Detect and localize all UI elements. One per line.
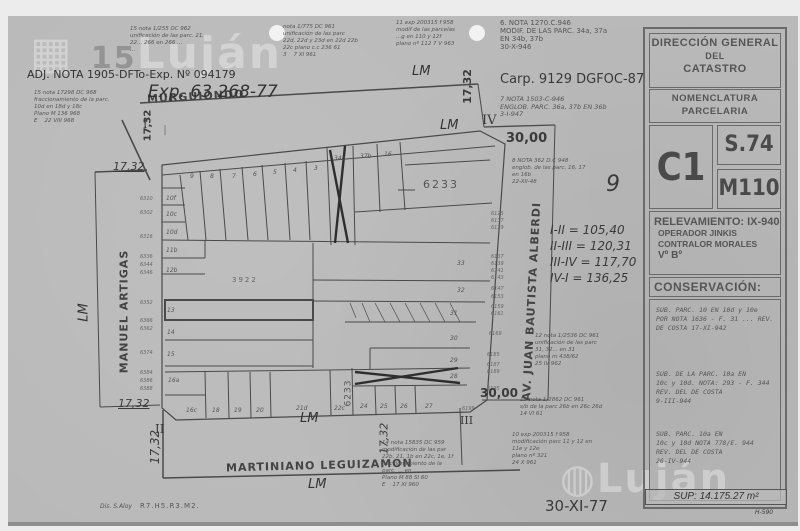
- svg-text:16c: 16c: [186, 407, 198, 414]
- note-bottom-2: 10 exp 200315 f 958 modificación parc 11…: [512, 432, 592, 467]
- lm-west: LM: [77, 303, 92, 321]
- svg-text:15: 15: [167, 351, 175, 358]
- svg-text:6139: 6139: [491, 225, 504, 231]
- svg-text:16a: 16a: [168, 377, 180, 384]
- svg-text:24: 24: [360, 403, 368, 410]
- svg-text:6362: 6362: [140, 326, 153, 332]
- corner-IV: IV: [482, 113, 497, 128]
- note-bottom-3: 12 nota 1/2536 DC 961 unificación de las…: [535, 333, 599, 368]
- svg-text:6316: 6316: [140, 234, 153, 240]
- measurement-row: IV-I = 136,25: [550, 270, 636, 286]
- svg-text:9: 9: [190, 173, 194, 180]
- svg-text:6141: 6141: [491, 268, 504, 274]
- signed-date: 30-XI-77: [545, 497, 608, 515]
- dimension-east-top: 17,32: [461, 69, 474, 104]
- svg-text:10c: 10c: [166, 211, 178, 218]
- svg-text:13: 13: [167, 307, 175, 314]
- svg-text:6161: 6161: [491, 311, 504, 317]
- svg-text:3: 3: [314, 165, 318, 172]
- conservation-notes: SUB. PARC. 10 EN 10d y 10e POR NOTA 1636…: [649, 299, 781, 501]
- seccion: S.74: [717, 125, 781, 165]
- relevamiento-box: RELEVAMIENTO: IX-940 OPERADOR JINKIS CON…: [649, 211, 781, 275]
- measurement-row: II-III = 120,31: [550, 238, 636, 254]
- svg-text:31: 31: [450, 310, 458, 317]
- svg-text:7: 7: [232, 173, 236, 180]
- measurement-row: I-II = 105,40: [550, 222, 636, 238]
- note-top-2: nota 1/775 DC 961 unificación de las par…: [283, 24, 358, 59]
- svg-text:6139: 6139: [491, 261, 504, 267]
- dimension-west-top: 17,32: [113, 160, 145, 173]
- panel-title: DIRECCIÓN GENERAL DEL CATASTRO: [649, 33, 781, 88]
- svg-text:32: 32: [457, 287, 465, 294]
- svg-text:6310: 6310: [140, 196, 153, 202]
- conservation-note: SUB. PARC. 10a EN 10c y 10d NOTA 778/E. …: [656, 430, 754, 466]
- adj-nota: ADJ. NOTA 1905-DFTo-Exp. Nº 094179: [27, 68, 236, 81]
- note-top-3: 11 exp 200315 f 958 modif de las parcela…: [396, 20, 455, 48]
- svg-text:20: 20: [256, 407, 264, 414]
- svg-text:8: 8: [210, 173, 214, 180]
- svg-text:6: 6: [253, 171, 257, 178]
- svg-text:6159: 6159: [491, 304, 504, 310]
- svg-text:33: 33: [457, 260, 465, 267]
- street-width-south: 30,00: [480, 386, 518, 400]
- svg-text:6352: 6352: [140, 300, 153, 306]
- svg-text:14: 14: [167, 329, 175, 336]
- svg-text:6384: 6384: [140, 370, 153, 376]
- svg-text:18: 18: [212, 407, 220, 414]
- svg-text:5: 5: [273, 169, 277, 176]
- svg-text:10f: 10f: [166, 195, 177, 202]
- contralor: CONTRALOR MORALES: [658, 239, 780, 250]
- note-bottom-1: 14 nota 15835 DC 959 modificación de las…: [382, 440, 453, 489]
- note-bottom-4: 13 nota 1/2862 DC 961 s/b de la parc 26b…: [520, 397, 602, 418]
- measurements-list: I-II = 105,40 II-III = 120,31 III-IV = 1…: [550, 222, 636, 286]
- dimension-west-bottom: 17,32: [118, 397, 150, 410]
- svg-text:6366: 6366: [140, 318, 153, 324]
- svg-text:6336: 6336: [140, 254, 153, 260]
- corner-III: III: [460, 414, 473, 427]
- svg-text:6374: 6374: [140, 350, 153, 356]
- svg-text:6185: 6185: [487, 352, 500, 358]
- lm-south-2: LM: [308, 477, 326, 492]
- svg-text:26: 26: [400, 403, 408, 410]
- relevamiento: RELEVAMIENTO: IX-940: [654, 216, 780, 228]
- svg-text:11b: 11b: [166, 247, 178, 254]
- sheet-ref: H-590: [755, 509, 773, 516]
- svg-text:6147: 6147: [491, 286, 505, 292]
- svg-text:6125: 6125: [491, 211, 504, 217]
- corner-I: I: [143, 118, 147, 131]
- svg-text:4: 4: [293, 167, 297, 174]
- svg-text:6187: 6187: [487, 362, 501, 368]
- block-number-6233: 6233: [423, 178, 459, 191]
- svg-text:25: 25: [380, 403, 388, 410]
- svg-text:6199: 6199: [462, 406, 475, 412]
- expediente: Exp. 63 268-77: [148, 82, 278, 102]
- conservacion-box: CONSERVACIÓN:: [649, 277, 781, 297]
- note-7: 7 NOTA 1503-C-946 ENGLOB. PARC. 36a, 37b…: [500, 96, 607, 119]
- svg-text:37b: 37b: [360, 153, 372, 160]
- footer-label: Dis. S.Aloy: [100, 503, 132, 510]
- svg-text:34b: 34b: [334, 155, 346, 162]
- corner-II: II: [155, 422, 164, 436]
- svg-text:16: 16: [384, 151, 392, 158]
- operador: OPERADOR JINKIS: [658, 228, 780, 239]
- superficie: SUP: 14.175.27 m²: [645, 489, 787, 505]
- svg-text:6346: 6346: [140, 270, 153, 276]
- conservation-note: SUB. PARC. 10 EN 10d y 10e POR NOTA 1636…: [656, 306, 773, 333]
- manzana: M110: [717, 169, 781, 209]
- lm-north-2: LM: [440, 118, 458, 133]
- visto-bueno: Vº Bº: [658, 250, 780, 261]
- note-6: 6. NOTA 1270.C.946 MODIF. DE LAS PARC. 3…: [500, 19, 607, 51]
- svg-text:10d: 10d: [166, 229, 178, 236]
- panel-nomenclatura: NOMENCLATURA PARCELARIA: [649, 89, 781, 123]
- svg-text:6302: 6302: [140, 210, 153, 216]
- circunscripcion: C1: [649, 125, 713, 209]
- note-9-mark: 9: [606, 172, 620, 197]
- svg-text:6137: 6137: [491, 218, 505, 224]
- note-top-1: 15 nota 1/255 DC 962 unificación de las …: [130, 26, 204, 54]
- note-8: 8 NOTA 362 D.C 948 englob. de las parc. …: [512, 158, 586, 186]
- lm-south: LM: [300, 411, 318, 426]
- footer-code: R7.H5.R3.M2.: [140, 502, 200, 510]
- block-number-3922: 3922: [232, 276, 258, 284]
- svg-text:6143: 6143: [491, 275, 504, 281]
- measurement-row: III-IV = 117,70: [550, 254, 636, 270]
- svg-text:6153: 6153: [491, 294, 504, 300]
- svg-text:6189: 6189: [487, 369, 500, 375]
- svg-text:30: 30: [450, 335, 458, 342]
- carpeta: Carp. 9129 DGFOC-87: [500, 72, 644, 87]
- svg-text:19: 19: [234, 407, 242, 414]
- catastro-panel: DIRECCIÓN GENERAL DEL CATASTRO NOMENCLAT…: [643, 27, 787, 509]
- svg-text:27: 27: [425, 403, 433, 410]
- lm-north: LM: [412, 64, 430, 79]
- svg-text:6388: 6388: [140, 386, 153, 392]
- note-15: 15 nota 17298 DC 968 fraccionamiento de …: [34, 90, 110, 125]
- svg-text:6386: 6386: [140, 378, 153, 384]
- conservation-note: SUB. DE LA PARC. 10a EN 10c y 10d. NOTA:…: [656, 370, 770, 406]
- street-west: MANUEL ARTIGAS: [117, 250, 130, 374]
- svg-text:6169: 6169: [489, 331, 502, 337]
- street-width-north: 30,00: [506, 131, 547, 146]
- svg-text:6344: 6344: [140, 262, 153, 268]
- svg-text:29: 29: [450, 357, 458, 364]
- block-number-6233-south: 6233: [343, 380, 353, 407]
- svg-text:6137: 6137: [491, 254, 505, 260]
- svg-text:28: 28: [450, 373, 458, 380]
- svg-text:12b: 12b: [166, 267, 178, 274]
